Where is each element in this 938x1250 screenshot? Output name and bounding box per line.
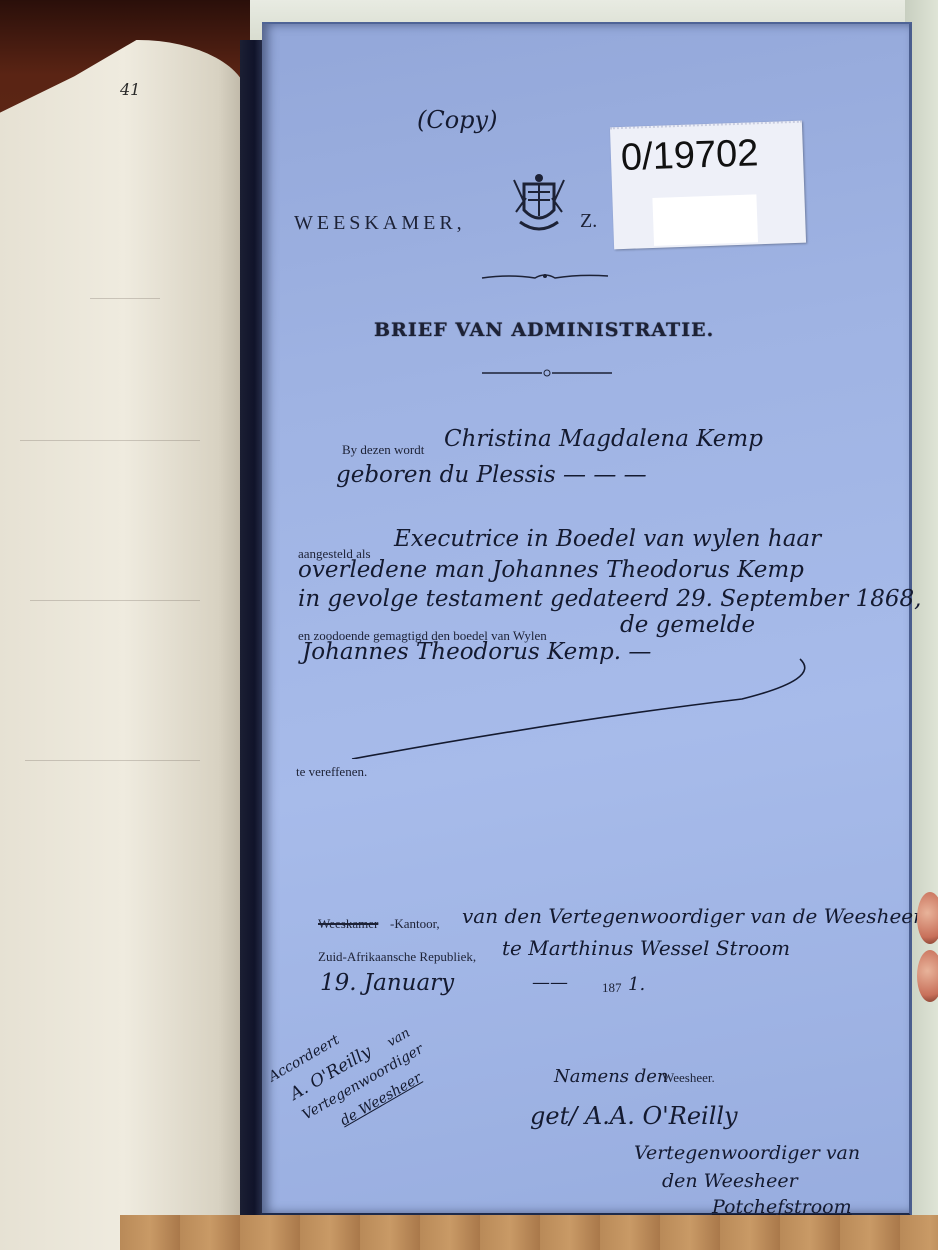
- redacted-area: [652, 194, 758, 246]
- struck-weeskamer: Weeskamer: [318, 916, 378, 932]
- signature-role-line2: den Weesheer: [662, 1170, 798, 1192]
- body-printed-by-dezen: By dezen wordt: [342, 442, 424, 458]
- signature-name: get/ A.A. O'Reilly: [530, 1102, 738, 1130]
- body-printed-te-vereffenen: te vereffenen.: [296, 764, 367, 780]
- blue-document-sheet: (Copy) WEESKAMER, Z. 0/19702 BRIEF VAN A…: [262, 22, 912, 1217]
- ink-flourish: [322, 649, 822, 759]
- header-location-prefix: Z.: [580, 210, 597, 233]
- printed-kantoor: -Kantoor,: [390, 916, 440, 932]
- body-handwritten-testament: in gevolge testament gedateerd 29. Septe…: [298, 586, 921, 612]
- printed-republic: Zuid-Afrikaansche Republiek,: [318, 949, 476, 965]
- handwritten-kantoor: van den Vertegenwoordiger van de Weeshee…: [462, 904, 923, 928]
- archive-reference-label: 0/19702: [610, 121, 806, 250]
- handwritten-place: te Marthinus Wessel Stroom: [502, 936, 790, 960]
- faint-ink-line: [20, 440, 200, 441]
- title-rule-divider: [482, 368, 612, 378]
- finger-holding-page: [917, 950, 938, 1002]
- page-number: 41: [120, 80, 140, 99]
- wooden-table-surface: [120, 1215, 938, 1250]
- date-dash: ——: [532, 972, 568, 993]
- finger-holding-page: [917, 892, 938, 944]
- signature-role-line1: Vertegenwoordiger van: [634, 1142, 860, 1164]
- faint-ink-line: [30, 600, 200, 601]
- body-handwritten-executrice: Executrice in Boedel van wylen haar: [394, 526, 821, 552]
- archive-reference-number: 0/19702: [620, 132, 759, 180]
- body-handwritten-name: Christina Magdalena Kemp: [444, 426, 763, 452]
- signature-prefix: Namens den: [554, 1066, 669, 1087]
- faint-ink-line: [90, 298, 160, 299]
- decorative-ornament: [480, 270, 610, 284]
- body-handwritten-gemelde: de gemelde: [620, 612, 755, 638]
- printed-year: 187: [602, 980, 622, 996]
- body-handwritten-husband: overledene man Johannes Theodorus Kemp: [298, 557, 804, 583]
- signature-printed-weesheer: Weesheer.: [662, 1070, 715, 1086]
- body-handwritten-maiden-name: geboren du Plessis — — —: [336, 462, 647, 488]
- document-title: BRIEF VAN ADMINISTRATIE.: [374, 319, 714, 341]
- book-gutter: [240, 40, 264, 1215]
- header-institution: WEESKAMER,: [294, 212, 466, 235]
- left-page: 41: [0, 40, 248, 1250]
- handwritten-year: 1.: [628, 974, 645, 995]
- coat-of-arms-icon: [510, 172, 568, 238]
- copy-annotation: (Copy): [417, 106, 497, 134]
- faint-ink-line: [25, 760, 200, 761]
- margin-note: Accordeert A. O'Reilly van Vertegenwoord…: [256, 954, 504, 1184]
